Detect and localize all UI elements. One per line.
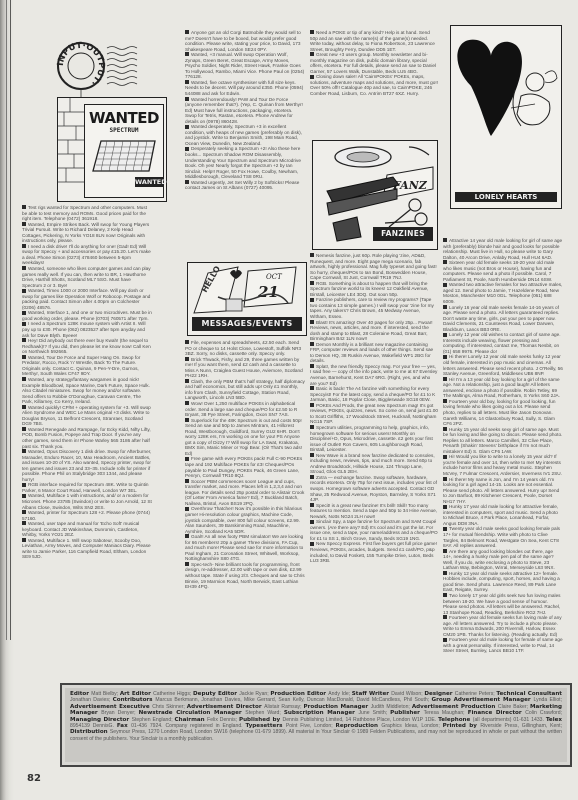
messages-events-illustration: HELLO OCT 21 MESSAGES/EVENTS <box>187 262 307 336</box>
classified-ad: Hi there! Lonely 12 year old male seeks … <box>443 354 563 376</box>
credit-role: Designer <box>424 691 454 697</box>
ad-text: Anyone got an old Corgi Batmobile they w… <box>185 30 301 52</box>
bullet-icon <box>443 549 447 553</box>
ad-text: Splat!, the new friendly Speccy mag. For… <box>310 364 437 386</box>
classified-ad: RGB. Something is about to happen that w… <box>310 281 438 298</box>
classified-ad: Wanted two attractive females for two at… <box>443 282 563 304</box>
classified-ad: Zxtra — exchange fanzine. Swop software,… <box>310 475 438 503</box>
bullet-icon <box>22 322 26 326</box>
ad-text: Wanted, Empire Strikes Back. Will swop f… <box>22 222 149 244</box>
credit-name: Alistair Ramsay; <box>264 704 303 710</box>
ad-text: Basic is back! The A4 fanzine with somet… <box>310 386 435 402</box>
bullet-icon <box>22 405 26 409</box>
classified-ad: Wanted, Multiface 1. Will swop Saboteur,… <box>22 538 152 560</box>
ad-text: Zxtra — exchange fanzine. Swop software,… <box>310 475 437 502</box>
bullet-icon <box>22 449 26 453</box>
bullet-icon <box>22 289 26 293</box>
ad-text: Soccer PBM commences soon! League and cu… <box>185 479 304 506</box>
ad-text: Wanted, Opus Discovery 1 disk drive. Swo… <box>22 449 151 482</box>
classified-ad: Spectrum utilities, programming to help,… <box>310 425 438 453</box>
svg-text:OCT: OCT <box>266 273 283 281</box>
ad-text: Wanted, Multiface 1 with instructions, a… <box>22 493 152 509</box>
ad-text: Wanted, Interface 1, and one or two micr… <box>22 310 152 321</box>
heart-cupid-icon <box>451 26 559 186</box>
classified-ad: RGB interface required for Spectrum 48K.… <box>22 482 152 493</box>
classified-ad: Test rigs wanted for Spectrum and other … <box>22 205 152 222</box>
bullet-icon <box>22 377 26 381</box>
bullet-icon <box>443 355 447 359</box>
ad-text: Wanted, Tour De Force and Super Hang On.… <box>22 355 140 377</box>
page-spine-shadow <box>0 0 14 800</box>
bullet-icon <box>443 377 447 381</box>
ad-text: Demon Monthly is a brilliant new magazin… <box>310 342 433 364</box>
wanted-plate: WANTED <box>135 177 163 187</box>
credit-name: Jonathan Davies; <box>70 697 113 703</box>
ad-text: Hi there! Lonely 12 year old male seeks … <box>443 354 563 376</box>
bullet-icon <box>310 403 314 407</box>
bullet-icon <box>22 521 26 525</box>
ad-text: Attractive 14 year old male looking for … <box>443 238 562 260</box>
page-number: 82 <box>27 773 41 784</box>
classified-ad: Wow! Over 1,250 multiface POKEs in alpha… <box>185 401 305 418</box>
bullet-icon <box>443 238 447 242</box>
bullet-icon <box>22 483 26 487</box>
classified-ad: Soccer PBM commences soon! League and cu… <box>185 479 305 507</box>
bullet-icon <box>443 283 447 287</box>
ad-text: Nemesis fanzine, just 60p. Role playing … <box>310 253 437 280</box>
ad-text: Wanted horrendously! PAW and Tour De For… <box>185 97 303 124</box>
bullet-icon <box>22 538 26 542</box>
classified-ad: Two lonely 17 year old girls seek two fu… <box>443 593 563 615</box>
credit-role: Finance Director <box>468 710 526 716</box>
credit-name: (all departments) 01-631 1433. <box>473 717 546 723</box>
credit-name: David Wilson; <box>391 691 424 697</box>
credit-role: Editor <box>70 691 91 697</box>
ad-text: Hunky 15 year old seeks sexy girl of sam… <box>443 427 562 454</box>
credit-role: Advertisement Production <box>412 704 498 710</box>
lonely-hearts-column: Attractive 14 year old male looking for … <box>443 238 563 654</box>
classified-ad: Wanted, someone who likes computer games… <box>22 266 152 288</box>
bullet-icon <box>185 180 189 184</box>
bullet-icon <box>443 427 447 431</box>
bullet-icon <box>310 253 314 257</box>
bullet-icon <box>22 222 26 226</box>
classified-ad: Are there any good looking blondes out t… <box>443 549 563 571</box>
bullet-icon <box>310 281 314 285</box>
bullet-icon <box>185 534 189 538</box>
ad-text: File, expenses and spreadsheets, £2.50 e… <box>185 340 301 356</box>
classified-ad: Wanted urgently, Jet Set Willy 2 by Soft… <box>185 180 305 191</box>
classified-ad: Wanted Renegade and Rampage, for Ecky Ki… <box>22 427 152 449</box>
ad-text: Sixteen year old female seeks 18-20 year… <box>443 260 554 282</box>
credit-name: Bryan Denyer; <box>101 710 138 716</box>
credit-name: Claire Baker; <box>498 704 530 710</box>
bullet-icon <box>310 503 314 507</box>
bullet-icon <box>185 562 189 566</box>
credit-name: June Smith; <box>359 710 391 716</box>
classified-ad: New Wave is a brand new fanzine dedicate… <box>310 453 438 475</box>
classified-ad: Fourteen year old boy, looking for good … <box>443 399 563 427</box>
lonely-hearts-illustration: LONELY HEARTS <box>450 25 562 209</box>
input-output-postmark-icon: INPUT·OUTPUT· <box>55 40 107 92</box>
ad-text: Clash, the only PBM that's half strategy… <box>185 379 305 401</box>
classified-ad: Attractive 14 year old male looking for … <box>443 238 563 260</box>
bullet-icon <box>185 418 189 422</box>
credit-name: Catherine Peters; <box>455 691 497 697</box>
ad-text: Hunky 12 year old male seeks attractive … <box>443 571 560 593</box>
ad-text: Wanted quickly! CP/M + operating system … <box>22 405 151 427</box>
bullet-icon <box>185 379 189 383</box>
classified-ad: Lonely 12 year old wishes to contact gir… <box>443 332 563 354</box>
classified-ad: Wanted, any strategy/fantasy wargames in… <box>22 377 152 405</box>
spine-rule <box>6 0 7 640</box>
bullet-icon <box>310 75 314 79</box>
ad-text: Desperately seeking a Spectrum +2! Also … <box>185 146 301 179</box>
credit-name: Felix Dennis; <box>207 717 239 723</box>
credit-role: Advertisement Director <box>187 704 264 710</box>
credit-name: Dennis Publishing Limited, 14 Rathbone P… <box>283 717 439 723</box>
wanted-ads-column: Test rigs wanted for Spectrum and other … <box>22 205 152 560</box>
classified-ad: Nemesis fanzine, just 60p. Role playing … <box>310 253 438 281</box>
credit-name: Stephen England; <box>132 717 175 723</box>
ad-text: Superlock for the 48K Spectrum is out an… <box>185 418 302 456</box>
credit-role: Deputy Editor <box>193 691 239 697</box>
ad-text: Sinclair Spy, a tape fanzine for Spectru… <box>310 519 438 541</box>
ad-text: Wanted, Multiface 1. Will swop Saboteur,… <box>22 538 151 560</box>
credit-role: Advertisement Executive <box>70 704 152 710</box>
credit-role: Telephone <box>438 717 473 723</box>
ad-text: Hunky 17 year old male looking for attra… <box>443 504 558 526</box>
credit-name: Seymour Press, 1270 London Road, London … <box>70 729 562 741</box>
ad-text: Test rigs wanted for Spectrum and other … <box>22 205 147 221</box>
classified-ad: Fourteen year old female seeks fun lovin… <box>443 615 563 637</box>
wanted-poster: WANTED SPECTRUM WANTED <box>84 104 164 198</box>
classified-ad: Hunky 12 year old male seeks attractive … <box>443 571 563 593</box>
ad-text: Hey! Did anybody out there ever buy Kwah… <box>22 338 151 354</box>
ad-text: Fourteen year old boy, looking for good … <box>443 399 556 426</box>
credit-role: Publisher <box>390 710 423 716</box>
credit-name: Matt Bielby; <box>91 691 120 697</box>
bullet-icon <box>22 205 26 209</box>
classified-ad: Wanted, Opus Discovery 1 disk drive. Swo… <box>22 449 152 482</box>
ad-text: Two lonely 17 year old girls seek two fu… <box>443 593 561 615</box>
bullet-icon <box>310 475 314 479</box>
bullet-icon <box>443 333 447 337</box>
ad-text: Lonely 12 year old wishes to contact gir… <box>443 332 561 354</box>
wanted-illustration: WANTED SPECTRUM WANTED <box>57 97 167 202</box>
ad-text: RGB interface required for Spectrum 48K.… <box>22 482 149 493</box>
bullet-icon <box>22 244 26 248</box>
fanzines-column: Nemesis fanzine, just 60p. Role playing … <box>310 253 438 564</box>
classified-ad: Wanted horrendously! PAW and Tour De For… <box>185 97 305 125</box>
ad-text: Wanted, user tape and manual for 'Echo S… <box>22 521 139 537</box>
bullet-icon <box>185 80 189 84</box>
classified-ad: Basic is back! The A4 fanzine with somet… <box>310 386 438 403</box>
classified-ad: I need a Spectrum 128K mouse system with… <box>22 321 152 338</box>
classified-ad: Hey! Did anybody out there ever buy Kwah… <box>22 338 152 355</box>
ad-text: Wanted, any strategy/fantasy wargames in… <box>22 377 150 404</box>
classified-ad: Wanted, printer for Spectrum 128 +2. Ple… <box>22 510 152 521</box>
classified-ad: Goal!! An all new footy PBM simulator! W… <box>185 534 305 562</box>
classified-ad: New Speccy Express. First five buyers ge… <box>310 541 438 563</box>
classified-ad: Hunky 17 year old male looking for attra… <box>443 504 563 526</box>
classified-ad: Wanted, five octave synthesiser with ful… <box>185 80 305 97</box>
classified-ad: I need a disk drive! I'll do anything fo… <box>22 244 152 266</box>
credit-name: Marcus Berkmann, Jonathan Davies, Mike G… <box>155 697 431 703</box>
classified-ad: Wanted, +3 manual. Will swop Operation W… <box>185 52 305 80</box>
ad-text: Wanted, printer for Spectrum 128 +2. Ple… <box>22 510 150 521</box>
classified-ad: Wanted, Interface 1, and one or two micr… <box>22 310 152 321</box>
classified-ad: Demon Monthly is a brilliant new magazin… <box>310 342 438 364</box>
ad-text: Spectrum utilities, programming to help,… <box>310 425 433 452</box>
ad-text: Fourteen year old female seeks fun lovin… <box>443 615 562 637</box>
credit-name: Teresa Maughan; <box>424 710 468 716</box>
classified-ad: Wanted, Empire Strikes Back. Will swop f… <box>22 222 152 244</box>
classified-ad: Sinclair Spy, a tape fanzine for Spectru… <box>310 519 438 541</box>
ad-text: Hi! I'm a 13 year old boy looking for a … <box>443 377 560 399</box>
messages-events-banner: MESSAGES/EVENTS <box>192 317 302 331</box>
spectrum-keyboard-icon <box>89 137 159 177</box>
bullet-icon <box>310 453 314 457</box>
ad-text: Twenty year old male seeks good looking … <box>443 526 560 548</box>
bullet-icon <box>22 355 26 359</box>
bullet-icon <box>443 615 447 619</box>
ad-text: Hi! Would you like to write to a lonely … <box>443 454 562 476</box>
classified-ad: Fanzine publishers, care to review my pr… <box>310 297 438 319</box>
classified-ad: Need a POKE or tip of any kind? Help is … <box>310 30 438 52</box>
wanted-subtitle: SPECTRUM <box>89 127 159 134</box>
credit-role: Newstrade Circulation Manager <box>139 710 246 716</box>
credit-role: Distribution <box>70 729 110 735</box>
bullet-icon <box>310 520 314 524</box>
bullet-icon <box>310 542 314 546</box>
bullet-icon <box>22 510 26 514</box>
bullet-icon <box>310 30 314 34</box>
credit-name: Judith Middleton; <box>371 704 412 710</box>
bullet-icon <box>185 52 189 56</box>
ad-text: Wanted, someone who likes computer games… <box>22 266 151 288</box>
bullet-icon <box>22 494 26 498</box>
credit-name: Chris Skinner; <box>152 704 187 710</box>
bullet-icon <box>443 455 447 459</box>
credit-role: Production Manager <box>304 704 371 710</box>
messages-events-column: File, expenses and spreadsheets, £2.50 e… <box>185 340 305 590</box>
credit-role: Managing Director <box>70 717 132 723</box>
ad-text: Wanted, Timex 1000 or 2000 Interface. Wi… <box>22 288 150 310</box>
credit-role: Contributors <box>113 697 156 703</box>
ad-text: I need a Spectrum 128K mouse system with… <box>22 321 146 337</box>
bullet-icon <box>22 427 26 431</box>
classified-ad: Hi there! My name is Jon, and I'm 14 yea… <box>443 477 563 505</box>
credit-role: Technical Consultant <box>496 691 562 697</box>
bullet-icon <box>185 97 189 101</box>
classified-ad: File, expenses and spreadsheets, £2.50 e… <box>185 340 305 357</box>
ad-text: POKEs And Prods, the great new Spectrum … <box>310 403 438 425</box>
classified-ad: Desperately seeking a Spectrum +2! Also … <box>185 146 305 179</box>
ad-text: Closing down sale!! All 'CairnPOKEs' POK… <box>310 74 438 96</box>
classified-ad: Wanted, Tour De Force and Super Hang On.… <box>22 355 152 377</box>
bullet-icon <box>185 457 189 461</box>
classified-ad: Anyone got an old Corgi Batmobile they w… <box>185 30 305 52</box>
ad-text: Overthrow Thatcher! Now it's possible in… <box>185 506 302 533</box>
classified-ad: POKEs And Prods, the great new Spectrum … <box>310 403 438 425</box>
ad-text: Wanted Renegade and Rampage, for Ecky Ki… <box>22 427 151 449</box>
bullet-icon <box>443 505 447 509</box>
ad-text: Specit! is a great new fanzine! It's bri… <box>310 503 437 519</box>
ad-text: Spec-tech- Nine brilliant tools for prog… <box>185 562 305 589</box>
bullet-icon <box>443 638 447 642</box>
ad-text: Blast! It's amazing! Over 40 pages for o… <box>310 320 433 342</box>
classified-ad: Great new +3 users group. Monthly newsle… <box>310 52 438 74</box>
wanted-ads-column-2: Anyone got an old Corgi Batmobile they w… <box>185 30 305 191</box>
credit-role: Telex <box>546 717 562 723</box>
ad-text: Wow! Over 1,250 multiface POKEs in alpha… <box>185 401 297 417</box>
bullet-icon <box>185 507 189 511</box>
bullet-icon <box>310 298 314 302</box>
classified-ad: Twenty year old male seeks good looking … <box>443 526 563 548</box>
bullet-icon <box>310 320 314 324</box>
classified-ad: Superlock for the 48K Spectrum is out an… <box>185 418 305 457</box>
ad-text: Fanzine publishers, care to review my pr… <box>310 297 434 319</box>
ad-text: Wanted urgently, Jet Set Willy 2 by Soft… <box>185 180 299 191</box>
bullet-icon <box>443 399 447 403</box>
ad-text: New Wave is a brand new fanzine dedicate… <box>310 453 435 475</box>
ad-text: RGB. Something is about to happen that w… <box>310 281 428 297</box>
classified-ad: Specit! is a great new fanzine! It's bri… <box>310 503 438 520</box>
masthead-credits-box: Editor Matt Bielby; Art Editor Catherine… <box>60 683 572 767</box>
spine-rule <box>10 0 11 640</box>
classified-ad: Blast! It's amazing! Over 40 pages for o… <box>310 320 438 342</box>
calendar-postcard-icon: HELLO OCT 21 <box>188 263 304 319</box>
fanzines-illustration: FANZ FANZINES <box>312 140 438 250</box>
classified-ad: Splat!, the new friendly Speccy mag. For… <box>310 364 438 386</box>
classified-ad: Fourteen year old male looking for femal… <box>443 637 563 654</box>
classified-ad: Wanted quickly! CP/M + operating system … <box>22 405 152 427</box>
credit-role: Published by <box>239 717 283 723</box>
lonely-hearts-banner: LONELY HEARTS <box>455 192 557 202</box>
credit-name: Jackie Ryan; <box>239 691 270 697</box>
classified-ad: Wanted, user tape and manual for 'Echo S… <box>22 521 152 538</box>
classified-ad: Wanted desperately, Spectrum +3 in excel… <box>185 124 305 146</box>
bullet-icon <box>185 147 189 151</box>
ad-text: Free game with every POKEs pack! Full C-… <box>185 456 302 478</box>
ad-text: Hi there! My name is Jon, and I'm 14 yea… <box>443 477 559 504</box>
wanted-title: WANTED <box>89 109 159 127</box>
bullet-icon <box>185 401 189 405</box>
bullet-icon <box>310 425 314 429</box>
credit-role: Production Editor <box>270 691 328 697</box>
classified-ad: Sixteen year old female seeks 18-20 year… <box>443 260 563 282</box>
messages-column-3: Need a POKE or tip of any kind? Help is … <box>310 30 438 97</box>
ad-text: Need a POKE or tip of any kind? Help is … <box>310 30 435 52</box>
bullet-icon <box>22 338 26 342</box>
classified-ad: Hi! I'm a 13 year old boy looking for a … <box>443 377 563 399</box>
credit-name: Colin Crawford; <box>525 710 562 716</box>
bullet-icon <box>185 30 189 34</box>
classified-ad: Hi! Would you like to write to a lonely … <box>443 454 563 476</box>
bullet-icon <box>185 340 189 344</box>
credit-name: Stephen Ward; <box>245 710 284 716</box>
bullet-icon <box>310 342 314 346</box>
bullet-icon <box>443 527 447 531</box>
ad-text: Brick Thwack, Fishy, and 29, three games… <box>185 357 303 379</box>
credit-name: Catherine Higgs; <box>153 691 193 697</box>
ad-text: New Speccy Express. First five buyers ge… <box>310 541 437 563</box>
brick-wall-icon <box>58 98 84 198</box>
ad-text: Are there any good looking blondes out t… <box>443 549 555 571</box>
bullet-icon <box>443 477 447 481</box>
ad-text: Goal!! An all new footy PBM simulator! W… <box>185 534 303 561</box>
bullet-icon <box>185 357 189 361</box>
bullet-icon <box>443 593 447 597</box>
fanzines-banner: FANZINES <box>373 227 433 241</box>
bullet-icon <box>310 364 314 368</box>
bullet-icon <box>443 571 447 575</box>
credit-name: Lynda Elliot; <box>534 697 563 703</box>
ad-text: Wanted, +3 manual. Will swop Operation W… <box>185 52 304 79</box>
ad-text: Great new +3 users group. Monthly newsle… <box>310 52 436 74</box>
ad-text: Wanted, five octave synthesiser with ful… <box>185 80 303 96</box>
bullet-icon <box>310 386 314 390</box>
credit-role: Chairman <box>175 717 208 723</box>
ad-text: Fourteen year old male looking for femal… <box>443 637 563 653</box>
bullet-icon <box>310 52 314 56</box>
classified-ad: Wanted, Timex 1000 or 2000 Interface. Wi… <box>22 288 152 310</box>
svg-text:21: 21 <box>257 283 279 301</box>
bullet-icon <box>22 311 26 315</box>
bullet-icon <box>443 305 447 309</box>
ad-text: Lonely 16 year old male seeks female 14-… <box>443 305 559 332</box>
bullet-icon <box>443 260 447 264</box>
classified-ad: Hunky 15 year old seeks sexy girl of sam… <box>443 427 563 455</box>
credit-role: Staff Writer <box>352 691 391 697</box>
classified-ad: Brick Thwack, Fishy, and 29, three games… <box>185 357 305 379</box>
credit-role: Art Editor <box>120 691 153 697</box>
masthead-credits-text: Editor Matt Bielby; Art Editor Catherine… <box>70 691 562 742</box>
ad-text: I need a disk drive! I'll do anything fo… <box>22 244 151 266</box>
bullet-icon <box>22 266 26 270</box>
bullet-icon <box>185 125 189 129</box>
classified-ad: Closing down sale!! All 'CairnPOKEs' POK… <box>310 74 438 96</box>
credit-role: Subscription Manager <box>284 710 359 716</box>
credit-name: Andy Ide; <box>328 691 352 697</box>
ad-text: Wanted two attractive females for two at… <box>443 282 562 304</box>
ad-text: Wanted desperately, Spectrum +3 in excel… <box>185 124 302 146</box>
classified-ad: Overthrow Thatcher! Now it's possible in… <box>185 506 305 534</box>
bullet-icon <box>185 479 189 483</box>
credit-role: Group Advertisement Manager <box>432 697 534 703</box>
classified-ad: Free game with every POKEs pack! Full C-… <box>185 456 305 478</box>
classified-ad: Lonely 16 year old male seeks female 14-… <box>443 305 563 333</box>
classified-ad: Spec-tech- Nine brilliant tools for prog… <box>185 562 305 590</box>
classified-ad: Wanted, Multiface 1 with instructions, a… <box>22 493 152 510</box>
classified-ad: Clash, the only PBM that's half strategy… <box>185 379 305 401</box>
